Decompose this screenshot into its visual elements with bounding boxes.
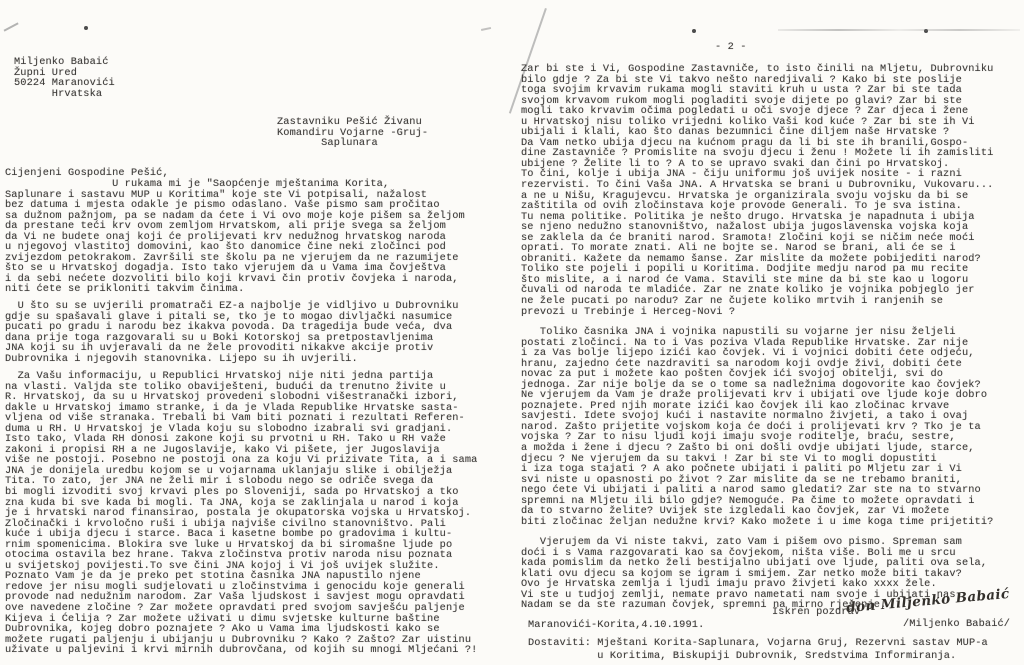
paragraph: U što su se uvjerili promatrači EZ-a naj… xyxy=(5,301,459,364)
paragraph: Toliko časnika JNA i vojnika napustili s… xyxy=(521,327,993,527)
page-number: - 2 - xyxy=(715,42,747,53)
paragraph: U rukama mi je "Saopćenje mještanima Kor… xyxy=(5,179,465,295)
typed-signature: /Miljenko Babaić/ xyxy=(903,619,1010,630)
paragraph: Za Vašu informaciju, u Republici Hrvatsk… xyxy=(5,371,477,656)
salutation: Cijenjeni Gospodine Pešić, xyxy=(5,168,169,179)
letter-scan: Miljenko Babaić Župni Ured 50224 Maranov… xyxy=(0,0,1024,665)
sender-address: Miljenko Babaić Župni Ured 50224 Maranov… xyxy=(14,57,115,99)
distribution-list: Dostaviti: Mještani Korita-Saplunara, Vo… xyxy=(528,637,988,663)
recipient-address: Zastavniku Pešić Živanu Komandiru Vojarn… xyxy=(277,117,428,149)
paragraph: Zar bi ste i Vi, Gospodine Zastavniče, t… xyxy=(521,64,993,317)
dateline: Maranovići-Korita,4.10.1991. xyxy=(528,620,704,631)
letter-page-1: Miljenko Babaić Župni Ured 50224 Maranov… xyxy=(0,0,508,665)
letter-page-2: - 2 - Zar bi ste i Vi, Gospodine Zastavn… xyxy=(508,0,1024,665)
